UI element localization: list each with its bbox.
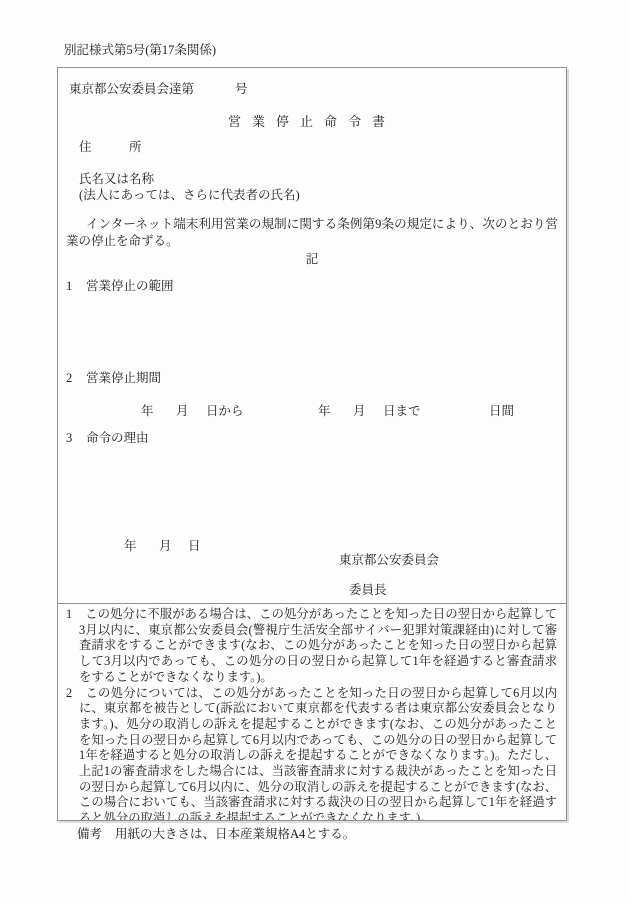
period-days-label: 日間 (489, 401, 514, 419)
appeal-note-2: 2この処分については、この処分があったことを知った日の翌日から起算して6月以内に… (66, 686, 557, 820)
authority-name: 東京都公安委員会 (339, 552, 439, 568)
appeal-note-1-number: 1 (66, 607, 72, 621)
item-scope: 1営業停止の範囲 (66, 278, 174, 294)
appeal-note-2-text: この処分については、この処分があったことを知った日の翌日から起算して6月以内に、… (79, 686, 557, 820)
period-month-from-label: 月 (176, 401, 189, 419)
name-label: 氏名又は名称 (79, 171, 154, 187)
name-note: (法人にあっては、さらに代表者の氏名) (79, 187, 300, 203)
date-day-label: 日 (188, 536, 201, 554)
issue-date-row: 年 月 日 (58, 536, 566, 552)
appeal-notes-section: 1この処分に不服がある場合は、この処分があったことを知った日の翌日から起算して3… (58, 604, 566, 820)
chairman-title: 委員長 (349, 582, 387, 598)
appeal-note-1-text: この処分に不服がある場合は、この処分があったことを知った日の翌日から起算して3月… (79, 607, 557, 684)
issue-number-prefix: 東京都公安委員会達第 (69, 81, 194, 97)
item-reason-number: 3 (66, 430, 86, 446)
date-month-label: 月 (159, 536, 172, 554)
remark-text: 用紙の大きさは、日本産業規格A4とする。 (115, 827, 355, 841)
period-day-to-label: 日まで (383, 401, 421, 419)
item-period-number: 2 (66, 370, 86, 386)
appeal-note-2-number: 2 (66, 686, 72, 700)
order-form-box: 東京都公安委員会達第 号 営業停止命令書 住 所 氏名又は名称 (法人にあっては… (57, 67, 567, 821)
date-year-label: 年 (124, 536, 137, 554)
address-label-first: 住 (79, 139, 92, 155)
period-year-to-label: 年 (318, 401, 331, 419)
item-scope-label: 営業停止の範囲 (86, 279, 174, 293)
address-label-second: 所 (129, 139, 142, 155)
item-reason-label: 命令の理由 (86, 431, 149, 445)
order-statement: インターネット端末利用営業の規制に関する条例第9条の規定により、次のとおり営業の… (66, 216, 558, 249)
appeal-note-1: 1この処分に不服がある場合は、この処分があったことを知った日の翌日から起算して3… (66, 607, 557, 686)
remark-label: 備考 (77, 827, 102, 841)
period-year-from-label: 年 (141, 401, 154, 419)
remark-line: 備考用紙の大きさは、日本産業規格A4とする。 (77, 824, 355, 842)
period-day-from-label: 日から (206, 401, 244, 419)
item-scope-number: 1 (66, 278, 86, 294)
item-period: 2営業停止期間 (66, 370, 161, 386)
form-style-label: 別記様式第5号(第17条関係) (64, 40, 216, 58)
order-main-section: 東京都公安委員会達第 号 営業停止命令書 住 所 氏名又は名称 (法人にあっては… (58, 68, 566, 604)
document-page: 別記様式第5号(第17条関係) 東京都公安委員会達第 号 営業停止命令書 住 所… (0, 0, 630, 903)
item-period-label: 営業停止期間 (86, 371, 161, 385)
ki-heading: 記 (58, 249, 566, 267)
period-blank-row: 年 月 日から 年 月 日まで 日間 (58, 401, 566, 417)
issue-number-suffix: 号 (235, 81, 248, 97)
period-month-to-label: 月 (353, 401, 366, 419)
item-reason: 3命令の理由 (66, 430, 149, 446)
document-title: 営業停止命令書 (58, 111, 566, 130)
